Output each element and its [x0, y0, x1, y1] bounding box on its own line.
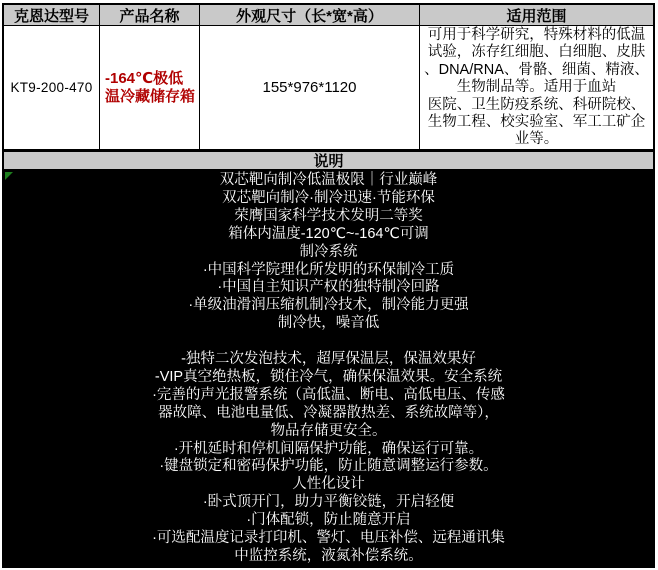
- cell-model: KT9-200-470: [4, 26, 100, 149]
- application-line: 生物工程、校实验室、军工工矿企: [420, 114, 653, 131]
- application-line: 业等。: [420, 131, 653, 148]
- description-line: 器故障、电池电量低、冷凝器散热差、系统故障等），: [4, 405, 653, 423]
- description-line: ·键盘锁定和密码保护功能，防止随意调整运行参数。: [4, 458, 653, 476]
- table-header-row: 克恩达型号 产品名称 外观尺寸（长*宽*高） 适用范围: [4, 5, 653, 25]
- section-header-bar: 说明: [4, 149, 653, 171]
- description-line: [4, 333, 653, 351]
- application-line: 试验，冻存红细胞、白细胞、皮肤: [420, 44, 653, 61]
- description-line: 箱体内温度-120℃~-164℃可调: [4, 226, 653, 244]
- dimensions-value: 155*976*1120: [200, 79, 419, 96]
- header-application: 适用范围: [420, 5, 653, 25]
- cell-dimensions: 155*976*1120: [200, 26, 420, 149]
- description-line: 荣膺国家科学技术发明二等奖: [4, 208, 653, 226]
- header-product-name: 产品名称: [100, 5, 200, 25]
- cell-application: 可用于科学研究，特殊材料的低温 试验，冻存红细胞、白细胞、皮肤 、DNA/RNA…: [420, 26, 653, 149]
- application-line: 可用于科学研究，特殊材料的低温: [420, 27, 653, 44]
- product-name-line: -164℃极低: [100, 70, 199, 88]
- description-line: -VIP真空绝热板，锁住冷气，确保保温效果。安全系统: [4, 369, 653, 387]
- description-line: ·单级油滑润压缩机制冷技术，制冷能力更强: [4, 297, 653, 315]
- green-corner-marker-icon: [5, 172, 13, 180]
- description-line: -独特二次发泡技术，超厚保温层，保温效果好: [4, 351, 653, 369]
- description-line: 双芯靶向制冷·制冷迅速·节能环保: [4, 190, 653, 208]
- application-line: 医院、卫生防疫系统、科研院校、: [420, 97, 653, 114]
- description-line: ·中国科学院理化所发明的环保制冷工质: [4, 262, 653, 280]
- section-label: 说明: [313, 150, 343, 171]
- description-line: 制冷系统: [4, 244, 653, 262]
- description-line: ·完善的声光报警系统（高低温、断电、高低电压、传感: [4, 387, 653, 405]
- description-line: ·可选配温度记录打印机、警灯、电压补偿、远程通讯集: [4, 530, 653, 548]
- product-name-line: 温冷藏储存箱: [100, 88, 199, 106]
- description-line: 双芯靶向制冷低温极限｜行业巅峰: [4, 172, 653, 190]
- description-line: 物品存储更安全。: [4, 423, 653, 441]
- description-panel: 双芯靶向制冷低温极限｜行业巅峰 双芯靶向制冷·制冷迅速·节能环保 荣膺国家科学技…: [4, 171, 653, 566]
- description-line: ·中国自主知识产权的独特制冷回路: [4, 279, 653, 297]
- description-line: ·开机延时和停机间隔保护功能，确保运行可靠。: [4, 441, 653, 459]
- application-line: 生物制品等。适用于血站: [420, 79, 653, 96]
- application-line: 、DNA/RNA、骨骼、细菌、精液、: [420, 62, 653, 79]
- product-spec-sheet: { "table": { "headers": ["克恩达型号", "产品名称"…: [0, 0, 658, 570]
- header-model: 克恩达型号: [4, 5, 100, 25]
- description-line: 人性化设计: [4, 476, 653, 494]
- description-line: 制冷快，噪音低: [4, 315, 653, 333]
- header-dimensions: 外观尺寸（长*宽*高）: [200, 5, 420, 25]
- description-line: ·门体配锁，防止随意开启: [4, 512, 653, 530]
- spec-table: 克恩达型号 产品名称 外观尺寸（长*宽*高） 适用范围 KT9-200-470 …: [2, 3, 655, 568]
- table-data-row: KT9-200-470 -164℃极低 温冷藏储存箱 155*976*1120 …: [4, 25, 653, 149]
- description-line: 中监控系统，液氮补偿系统。: [4, 548, 653, 566]
- cell-product-name: -164℃极低 温冷藏储存箱: [100, 26, 200, 149]
- model-number: KT9-200-470: [4, 80, 99, 95]
- description-line: ·卧式顶开门，助力平衡铰链，开启轻便: [4, 494, 653, 512]
